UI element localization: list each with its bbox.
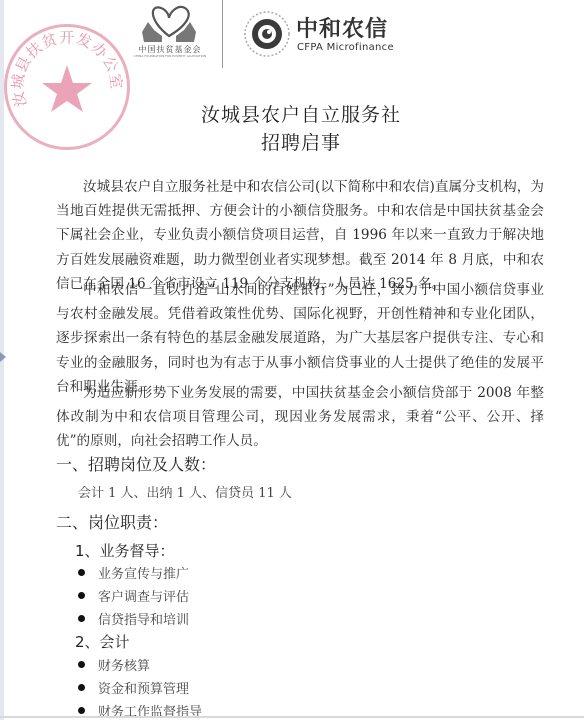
bullet-icon xyxy=(78,615,85,622)
section-heading-positions: 一、招聘岗位及人数： xyxy=(56,452,216,475)
list-item: 资金和预算管理 xyxy=(78,678,189,697)
list-item-text: 信贷指导和培训 xyxy=(98,609,189,628)
list-item-text: 财务核算 xyxy=(98,655,150,674)
duty-group-title: 1、业务督导： xyxy=(75,540,175,561)
bullet-icon xyxy=(78,569,85,576)
document-title: 汝城县农户自立服务社 xyxy=(0,100,584,127)
list-item: 信贷指导和培训 xyxy=(78,609,189,628)
bullet-icon xyxy=(78,684,85,691)
logo-divider xyxy=(222,0,223,68)
section-heading-duties: 二、岗位职责： xyxy=(56,510,168,533)
positions-count: 会计 1 人、出纳 1 人、信贷员 11 人 xyxy=(78,482,292,501)
bullet-icon xyxy=(78,661,85,668)
list-item: 业务宣传与推广 xyxy=(78,563,189,582)
cfpa-emblem-icon xyxy=(243,10,291,58)
document-subtitle: 招聘启事 xyxy=(0,128,584,155)
recruitment-paragraph: 为适应新形势下业务发展的需要，中国扶贫基金会小额信贷部于 2008 年整体改制为… xyxy=(56,381,544,454)
cfpa-name: 中和农信 xyxy=(296,12,388,43)
expand-arrow-icon[interactable] xyxy=(0,352,6,362)
duty-group-title: 2、会计 xyxy=(75,631,130,652)
page-bottom-border xyxy=(0,716,584,718)
list-item: 财务核算 xyxy=(78,655,150,674)
bullet-icon xyxy=(78,592,85,599)
list-item: 客户调查与评估 xyxy=(78,586,189,605)
list-item-text: 客户调查与评估 xyxy=(98,586,189,605)
list-item-text: 业务宣传与推广 xyxy=(98,563,189,582)
bullet-icon xyxy=(78,707,85,714)
list-item-text: 资金和预算管理 xyxy=(98,678,189,697)
foundation-subtitle: CHINA FOUNDATION FOR POVERTY ALLEVIATION xyxy=(124,55,216,58)
cfpa-subtitle: CFPA Microfinance xyxy=(297,42,394,53)
